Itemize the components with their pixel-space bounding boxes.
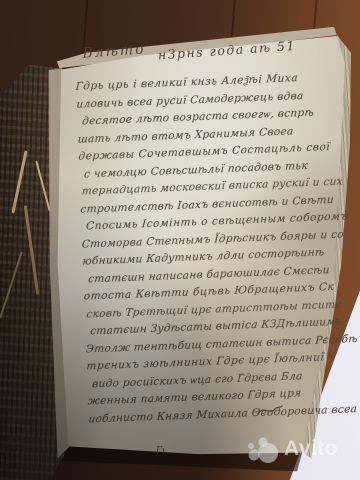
manuscript-text-block: Гдрь црь і великиї кнзь Алеѯѣі Миха илов… [75,70,326,429]
avito-watermark-text: Avito [284,437,338,461]
ink-flourish-icon [256,402,284,418]
quire-signature-mark: Гı [156,446,165,456]
photo-scene: ВлѣтонЗрнѕ года аѣ 51 Гдрь црь і великиї… [0,0,360,480]
avito-logo-icon [244,432,280,466]
avito-watermark: Avito [244,432,338,466]
